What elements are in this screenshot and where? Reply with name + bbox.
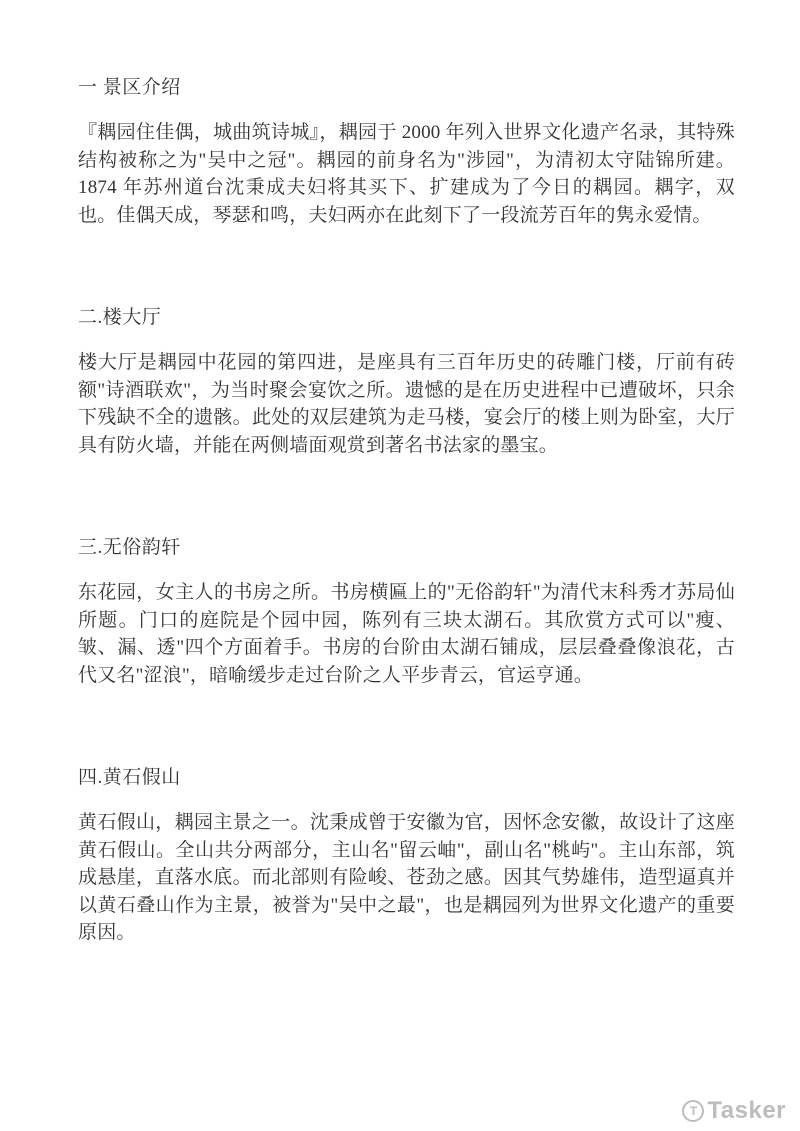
section-paragraph: 楼大厅是耦园中花园的第四进，是座具有三百年历史的砖雕门楼，厅前有砖额"诗酒联欢"… bbox=[78, 349, 735, 459]
watermark: T Tasker bbox=[682, 1097, 786, 1125]
section-paragraph: 东花园，女主人的书房之所。书房横匾上的"无俗韵轩"为清代末科秀才苏局仙所题。门口… bbox=[78, 579, 735, 689]
section-wusu-yunxuan: 三.无俗韵轩 东花园，女主人的书房之所。书房横匾上的"无俗韵轩"为清代末科秀才苏… bbox=[78, 534, 735, 689]
section-intro: 一 景区介绍 『耦园住佳偶，城曲筑诗城』，耦园于 2000 年列入世界文化遗产名… bbox=[78, 74, 735, 229]
section-lou-dating: 二.楼大厅 楼大厅是耦园中花园的第四进，是座具有三百年历史的砖雕门楼，厅前有砖额… bbox=[78, 304, 735, 459]
document-page: 一 景区介绍 『耦园住佳偶，城曲筑诗城』，耦园于 2000 年列入世界文化遗产名… bbox=[0, 0, 800, 1131]
section-heading: 二.楼大厅 bbox=[78, 304, 735, 331]
section-huangshi-jiashan: 四.黄石假山 黄石假山，耦园主景之一。沈秉成曾于安徽为官，因怀念安徽，故设计了这… bbox=[78, 764, 735, 947]
section-paragraph: 黄石假山，耦园主景之一。沈秉成曾于安徽为官，因怀念安徽，故设计了这座黄石假山。全… bbox=[78, 809, 735, 947]
section-heading: 三.无俗韵轩 bbox=[78, 534, 735, 561]
section-heading: 四.黄石假山 bbox=[78, 764, 735, 791]
section-paragraph: 『耦园住佳偶，城曲筑诗城』，耦园于 2000 年列入世界文化遗产名录，其特殊结构… bbox=[78, 119, 735, 229]
section-heading: 一 景区介绍 bbox=[78, 74, 735, 101]
tasker-logo-icon: T bbox=[682, 1100, 704, 1122]
watermark-label: Tasker bbox=[707, 1097, 786, 1125]
